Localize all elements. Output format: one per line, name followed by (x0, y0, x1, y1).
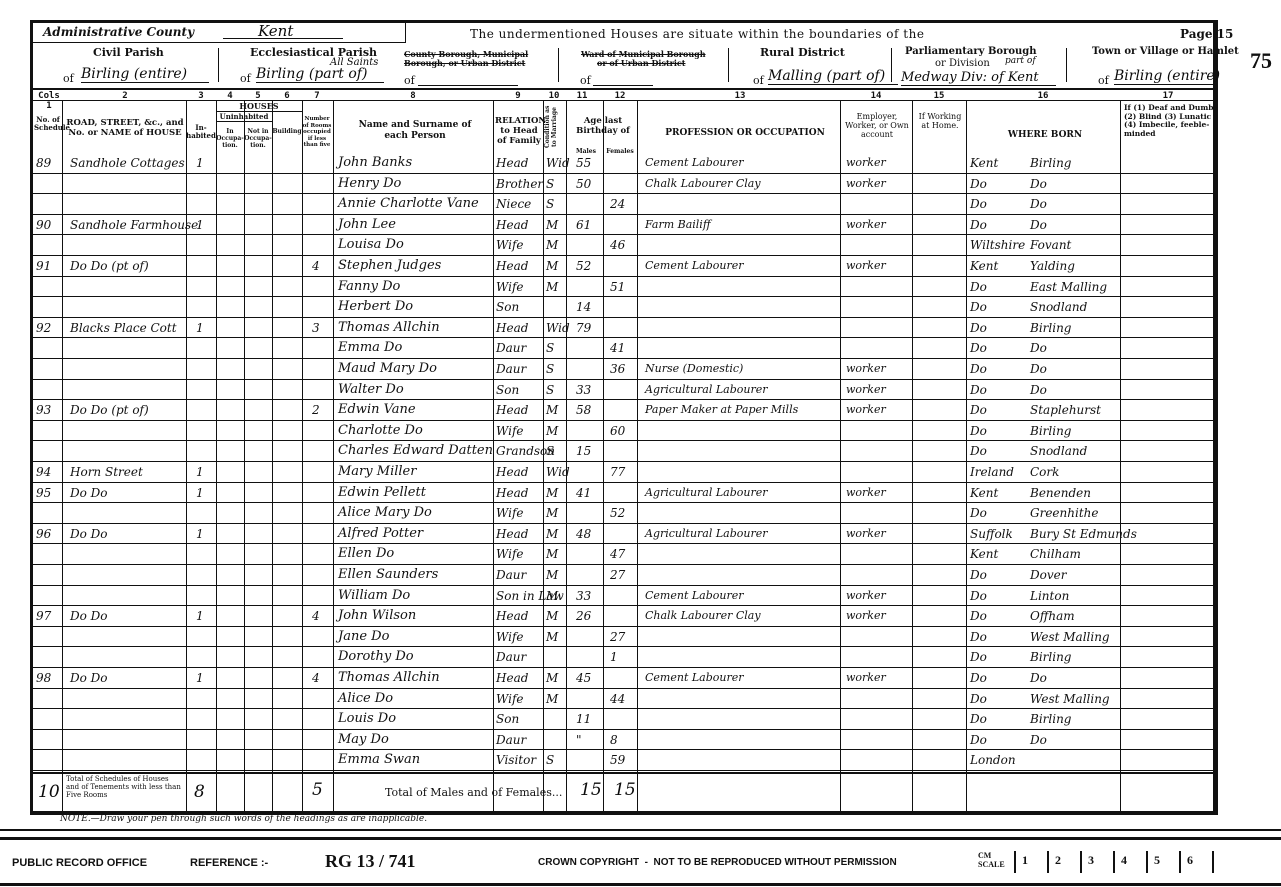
marital-condition: M (546, 424, 558, 438)
road-name: Sandhole Cottages (70, 156, 185, 170)
marital-condition: M (546, 218, 558, 232)
column-rule (493, 100, 494, 812)
row-rule (33, 708, 1216, 709)
relation: Wife (496, 506, 524, 520)
road-name: Sandhole Farmhouse (70, 218, 198, 232)
footer-office: PUBLIC RECORD OFFICE (12, 857, 147, 869)
inhabited-count: 1 (196, 321, 204, 335)
inhabited-count: 1 (196, 527, 204, 541)
road-name: Horn Street (70, 465, 143, 479)
relation: Son (496, 712, 519, 726)
person-name: Edwin Pellett (338, 486, 426, 500)
born-place: Offham (1030, 609, 1075, 623)
age-male: 45 (576, 671, 591, 685)
col-number-1: Cols 1 (36, 91, 62, 111)
employment-status: worker (846, 177, 886, 191)
road-name: Do Do (pt of) (70, 403, 149, 417)
civil-parish-value: Birling (entire) (81, 66, 209, 83)
marital-condition: M (546, 589, 558, 603)
person-name: Ellen Saunders (338, 568, 438, 582)
parliamentary-annotation: part of (1005, 56, 1036, 66)
born-place: Dover (1030, 568, 1066, 582)
col-head-rooms: Number of Rooms occupied if less than fi… (302, 116, 332, 149)
town-village-label: Town or Village or Hamlet (1092, 46, 1239, 57)
relation: Head (496, 609, 528, 623)
col-number-6: 6 (272, 91, 302, 101)
marital-condition: Wid (546, 321, 570, 335)
col-head-inhabited: In-habited (186, 124, 216, 140)
born-place: Greenhithe (1030, 506, 1098, 520)
row-rule (33, 317, 1216, 318)
person-name: Emma Swan (338, 753, 420, 767)
col-number-7: 7 (302, 91, 332, 101)
age-female: 36 (610, 362, 625, 376)
employment-status: worker (846, 218, 886, 232)
scale-mark: 3 (1080, 851, 1109, 873)
inhabited-count: 1 (196, 156, 204, 170)
marital-condition: M (546, 403, 558, 417)
relation: Niece (496, 197, 531, 211)
column-rule (1120, 100, 1121, 812)
col-head-building: Building (272, 128, 302, 136)
born-county: Kent (970, 156, 998, 170)
col-head-name: Name and Surname of each Person (350, 120, 480, 142)
person-name: Charles Edward Datten (338, 444, 493, 458)
person-name: William Do (338, 589, 410, 603)
column-rule (272, 100, 273, 812)
schedule-number: 92 (36, 321, 51, 335)
born-county: Do (970, 506, 987, 520)
marital-condition: Wid (546, 156, 570, 170)
born-place: East Malling (1030, 280, 1107, 294)
ward-box: Ward of Municipal Borough or of Urban Di… (575, 44, 670, 88)
person-name: Ellen Do (338, 547, 394, 561)
page-rule (0, 829, 1281, 831)
occupation: Agricultural Labourer (645, 383, 768, 397)
civil-parish-label: Civil Parish (93, 46, 164, 59)
relation: Head (496, 403, 528, 417)
marital-condition: S (546, 444, 554, 458)
column-rule (244, 100, 245, 812)
row-rule (33, 749, 1216, 750)
age-male: 50 (576, 177, 591, 191)
row-rule (33, 543, 1216, 544)
relation: Daur (496, 341, 526, 355)
age-female: 27 (610, 568, 625, 582)
col-head-at-home: If Working at Home. (914, 112, 966, 130)
age-female: 46 (610, 238, 625, 252)
age-female: 77 (610, 465, 625, 479)
born-place: Birling (1030, 156, 1071, 170)
employment-status: worker (846, 362, 886, 376)
row-rule (33, 276, 1216, 277)
footer-bottom-rule (0, 883, 1281, 886)
born-place: West Malling (1030, 692, 1110, 706)
row-rule (33, 585, 1216, 586)
person-name: May Do (338, 733, 389, 747)
col-number-11: 11 (572, 91, 592, 101)
born-county: Do (970, 197, 987, 211)
col-number-13: 13 (640, 91, 840, 101)
relation: Wife (496, 280, 524, 294)
person-name: Edwin Vane (338, 403, 416, 417)
marital-condition: M (546, 547, 558, 561)
employment-status: worker (846, 527, 886, 541)
born-place: Do (1030, 177, 1047, 191)
road-name: Do Do (70, 527, 108, 541)
col-head-condition: Condition as to Marriage (544, 104, 564, 150)
person-name: Charlotte Do (338, 424, 423, 438)
age-male: 48 (576, 527, 591, 541)
born-county: Kent (970, 486, 998, 500)
born-county: Do (970, 300, 987, 314)
person-name: John Banks (338, 156, 412, 170)
page-number: Page 15 (1180, 27, 1233, 41)
employment-status: worker (846, 486, 886, 500)
col-head-not-in-occupation: Not in Occupa-tion. (244, 128, 272, 149)
schedule-number: 95 (36, 486, 51, 500)
row-rule (33, 234, 1216, 235)
ward-label-2: or of Urban District (597, 59, 685, 67)
employment-status: worker (846, 383, 886, 397)
person-name: Thomas Allchin (338, 321, 440, 335)
born-place: Bury St Edmunds (1030, 527, 1137, 541)
marital-condition: S (546, 383, 554, 397)
town-village-prefix: of (1098, 74, 1109, 87)
inhabited-count: 1 (196, 609, 204, 623)
age-female: 24 (610, 197, 625, 211)
instruction-note: NOTE.—Draw your pen through such words o… (60, 814, 427, 824)
person-name: Maud Mary Do (338, 362, 437, 376)
rooms-count: 2 (312, 403, 320, 417)
occupation: Farm Bailiff (645, 218, 711, 232)
row-rule (33, 379, 1216, 380)
col-head-relation: RELATION to Head of Family (495, 116, 543, 146)
total-persons-label: Total of Males and of Females... (385, 786, 562, 799)
divider (1066, 48, 1067, 82)
col-number-15: 15 (912, 91, 966, 101)
employment-status: worker (846, 671, 886, 685)
header-divider (33, 88, 1216, 90)
total-schedules-label: Total of Schedules of Houses and of Tene… (66, 775, 182, 799)
total-inhabited: 8 (194, 782, 205, 802)
born-county: Do (970, 321, 987, 335)
person-name: Emma Do (338, 341, 402, 355)
col-head-in-occupation: In Occupa-tion. (216, 128, 244, 149)
born-place: Do (1030, 362, 1047, 376)
relation: Head (496, 321, 528, 335)
born-place: Birling (1030, 650, 1071, 664)
marital-condition: M (546, 527, 558, 541)
born-county: Do (970, 692, 987, 706)
occupation: Nurse (Domestic) (645, 362, 743, 376)
born-place: Cork (1030, 465, 1059, 479)
occupation: Cement Labourer (645, 671, 744, 685)
person-name: Louisa Do (338, 238, 404, 252)
born-place: Do (1030, 197, 1047, 211)
admin-county-box: Administrative County Kent (33, 22, 406, 43)
total-females: 15 (614, 780, 636, 800)
col-number-9: 9 (493, 91, 543, 101)
relation: Head (496, 156, 528, 170)
rooms-count: 4 (312, 259, 320, 273)
ecclesiastical-parish-prefix: of (240, 72, 251, 85)
born-place: Do (1030, 341, 1047, 355)
relation: Head (496, 259, 528, 273)
row-rule (33, 564, 1216, 565)
row-rule (33, 420, 1216, 421)
footer-top-rule (0, 837, 1281, 840)
row-rule (33, 523, 1216, 524)
rural-district-prefix: of (753, 74, 764, 87)
born-place: West Malling (1030, 630, 1110, 644)
col-number-12: 12 (610, 91, 630, 101)
relation: Head (496, 465, 528, 479)
occupation: Agricultural Labourer (645, 527, 768, 541)
age-male: 52 (576, 259, 591, 273)
ecclesiastical-parish-box: Ecclesiastical Parish All Saints of Birl… (220, 44, 390, 88)
person-name: Louis Do (338, 712, 396, 726)
scale-mark: 4 (1113, 851, 1142, 873)
column-rule (333, 100, 334, 812)
ward-prefix: of (580, 74, 591, 87)
occupation: Agricultural Labourer (645, 486, 768, 500)
county-borough-prefix: of (404, 74, 415, 87)
col-number-16: 16 (966, 91, 1120, 101)
scale-end (1212, 851, 1272, 873)
age-female: 1 (610, 650, 618, 664)
row-rule (33, 296, 1216, 297)
employment-status: worker (846, 259, 886, 273)
age-male: 33 (576, 589, 591, 603)
relation: Wife (496, 547, 524, 561)
row-rule (33, 358, 1216, 359)
row-rule (33, 626, 1216, 627)
town-village-box: Town or Village or Hamlet of Birling (en… (1070, 44, 1218, 88)
row-rule (33, 399, 1216, 400)
person-name: Jane Do (338, 630, 389, 644)
occupation: Paper Maker at Paper Mills (645, 403, 798, 417)
ward-label-1: Ward of Municipal Borough (581, 50, 706, 58)
born-place: Birling (1030, 424, 1071, 438)
total-rooms: 5 (312, 780, 323, 800)
born-place: Staplehurst (1030, 403, 1101, 417)
schedule-number: 91 (36, 259, 51, 273)
row-rule (33, 482, 1216, 483)
county-borough-label-2: Borough, or Urban District (404, 59, 525, 67)
row-rule (33, 688, 1216, 689)
footer-reference: RG 13 / 741 (325, 851, 416, 872)
born-place: Snodland (1030, 444, 1087, 458)
born-place: Do (1030, 733, 1047, 747)
row-rule (33, 173, 1216, 174)
person-name: Fanny Do (338, 280, 400, 294)
relation: Daur (496, 733, 526, 747)
born-county: Suffolk (970, 527, 1013, 541)
relation: Daur (496, 650, 526, 664)
occupation: Cement Labourer (645, 156, 744, 170)
person-name: Henry Do (338, 177, 401, 191)
born-county: Do (970, 341, 987, 355)
relation: Brother (496, 177, 543, 191)
divider (891, 48, 892, 82)
col-number-8: 8 (333, 91, 493, 101)
marital-condition: Wid (546, 465, 570, 479)
schedule-number: 90 (36, 218, 51, 232)
person-name: Alice Do (338, 692, 393, 706)
age-male: 61 (576, 218, 591, 232)
ward-line (593, 85, 653, 86)
age-male: 58 (576, 403, 591, 417)
inhabited-count: 1 (196, 218, 204, 232)
row-rule (33, 193, 1216, 194)
total-males: 15 (580, 780, 602, 800)
divider (728, 48, 729, 82)
age-male: 79 (576, 321, 591, 335)
relation: Son (496, 383, 519, 397)
person-name: Alice Mary Do (338, 506, 432, 520)
born-place: Birling (1030, 321, 1071, 335)
footer-scale-label: CM SCALE (978, 851, 1005, 869)
occupation: Cement Labourer (645, 589, 744, 603)
age-female: 8 (610, 733, 618, 747)
born-county: Do (970, 280, 987, 294)
road-name: Do Do (70, 486, 108, 500)
column-rule (603, 100, 604, 812)
scale-mark: 6 (1179, 851, 1208, 873)
age-female: 60 (610, 424, 625, 438)
born-county: Do (970, 424, 987, 438)
born-county: London (970, 753, 1016, 767)
row-rule (33, 502, 1216, 503)
rural-district-box: Rural District of Malling (part of) (740, 44, 910, 88)
born-county: Do (970, 383, 987, 397)
boundaries-text: The undermentioned Houses are situate wi… (470, 27, 924, 41)
col-head-road: ROAD, STREET, &c., and No. or NAME of HO… (66, 118, 184, 138)
born-county: Do (970, 733, 987, 747)
person-name: John Wilson (338, 609, 416, 623)
column-rule (637, 100, 638, 812)
col-number-4: 4 (216, 91, 244, 101)
born-place: Do (1030, 383, 1047, 397)
inhabited-count: 1 (196, 465, 204, 479)
employment-status: worker (846, 156, 886, 170)
born-county: Kent (970, 547, 998, 561)
row-rule (33, 440, 1216, 441)
column-rule (912, 100, 913, 812)
born-place: Yalding (1030, 259, 1075, 273)
schedule-number: 96 (36, 527, 51, 541)
age-male: 15 (576, 444, 591, 458)
county-borough-box: County Borough, Municipal Borough, or Ur… (400, 44, 560, 88)
age-female: 44 (610, 692, 625, 706)
rural-district-label: Rural District (760, 46, 845, 59)
row-rule (33, 214, 1216, 215)
occupation: Chalk Labourer Clay (645, 609, 761, 623)
relation: Son (496, 300, 519, 314)
row-rule (33, 646, 1216, 647)
marital-condition: S (546, 177, 554, 191)
relation: Head (496, 486, 528, 500)
civil-parish-prefix: of (63, 72, 74, 85)
col-head-where-born: WHERE BORN (980, 130, 1110, 141)
col-number-14: 14 (840, 91, 912, 101)
born-county: Ireland (970, 465, 1014, 479)
row-rule (33, 255, 1216, 256)
born-place: Do (1030, 218, 1047, 232)
col-head-employer: Employer, Worker, or Own account (842, 112, 912, 139)
column-rule (186, 100, 187, 812)
age-female: 51 (610, 280, 625, 294)
marital-condition: M (546, 238, 558, 252)
footer-copyright: CROWN COPYRIGHT - NOT TO BE REPRODUCED W… (538, 857, 897, 868)
born-county: Do (970, 609, 987, 623)
marital-condition: M (546, 259, 558, 273)
employment-status: worker (846, 609, 886, 623)
town-village-value: Birling (entire) (1114, 68, 1214, 85)
marital-condition: M (546, 671, 558, 685)
person-name: Herbert Do (338, 300, 413, 314)
rural-district-value: Malling (part of) (768, 68, 898, 85)
civil-parish-box: Civil Parish of Birling (entire) (33, 44, 215, 88)
born-place: Fovant (1030, 238, 1071, 252)
born-place: Linton (1030, 589, 1069, 603)
rooms-count: 4 (312, 671, 320, 685)
age-male: " (576, 733, 582, 747)
scale-mark: 2 (1047, 851, 1076, 873)
col-head-females: Females (604, 148, 636, 156)
parliamentary-value: Medway Div: of Kent (901, 70, 1056, 86)
col-head-houses: HOUSES (216, 102, 302, 112)
age-male: 26 (576, 609, 591, 623)
schedule-number: 93 (36, 403, 51, 417)
scale-mark: 1 (1014, 851, 1043, 873)
age-male: 33 (576, 383, 591, 397)
admin-county-label: Administrative County (43, 25, 194, 39)
born-county: Do (970, 568, 987, 582)
born-county: Do (970, 650, 987, 664)
parliamentary-box: Parliamentary Borough or Division part o… (895, 44, 1065, 88)
person-name: Stephen Judges (338, 259, 441, 273)
person-name: Annie Charlotte Vane (338, 197, 479, 211)
column-rule (566, 100, 567, 812)
occupation: Chalk Labourer Clay (645, 177, 761, 191)
column-rule (966, 100, 967, 812)
col-number-2: 2 (65, 91, 185, 101)
person-name: Alfred Potter (338, 527, 423, 541)
col-number-5: 5 (244, 91, 272, 101)
scale-mark: 5 (1146, 851, 1175, 873)
born-county: Do (970, 671, 987, 685)
marital-condition: M (546, 280, 558, 294)
employment-status: worker (846, 589, 886, 603)
born-county: Do (970, 630, 987, 644)
admin-county-value: Kent (258, 22, 293, 40)
person-name: Dorothy Do (338, 650, 414, 664)
relation: Wife (496, 692, 524, 706)
person-name: John Lee (338, 218, 396, 232)
archive-footer: PUBLIC RECORD OFFICE REFERENCE :- RG 13 … (0, 837, 1281, 887)
born-county: Do (970, 444, 987, 458)
born-place: Do (1030, 671, 1047, 685)
marital-condition: M (546, 506, 558, 520)
born-county: Do (970, 712, 987, 726)
relation: Head (496, 671, 528, 685)
age-male: 14 (576, 300, 591, 314)
rooms-count: 3 (312, 321, 320, 335)
born-place: Birling (1030, 712, 1071, 726)
relation: Daur (496, 362, 526, 376)
